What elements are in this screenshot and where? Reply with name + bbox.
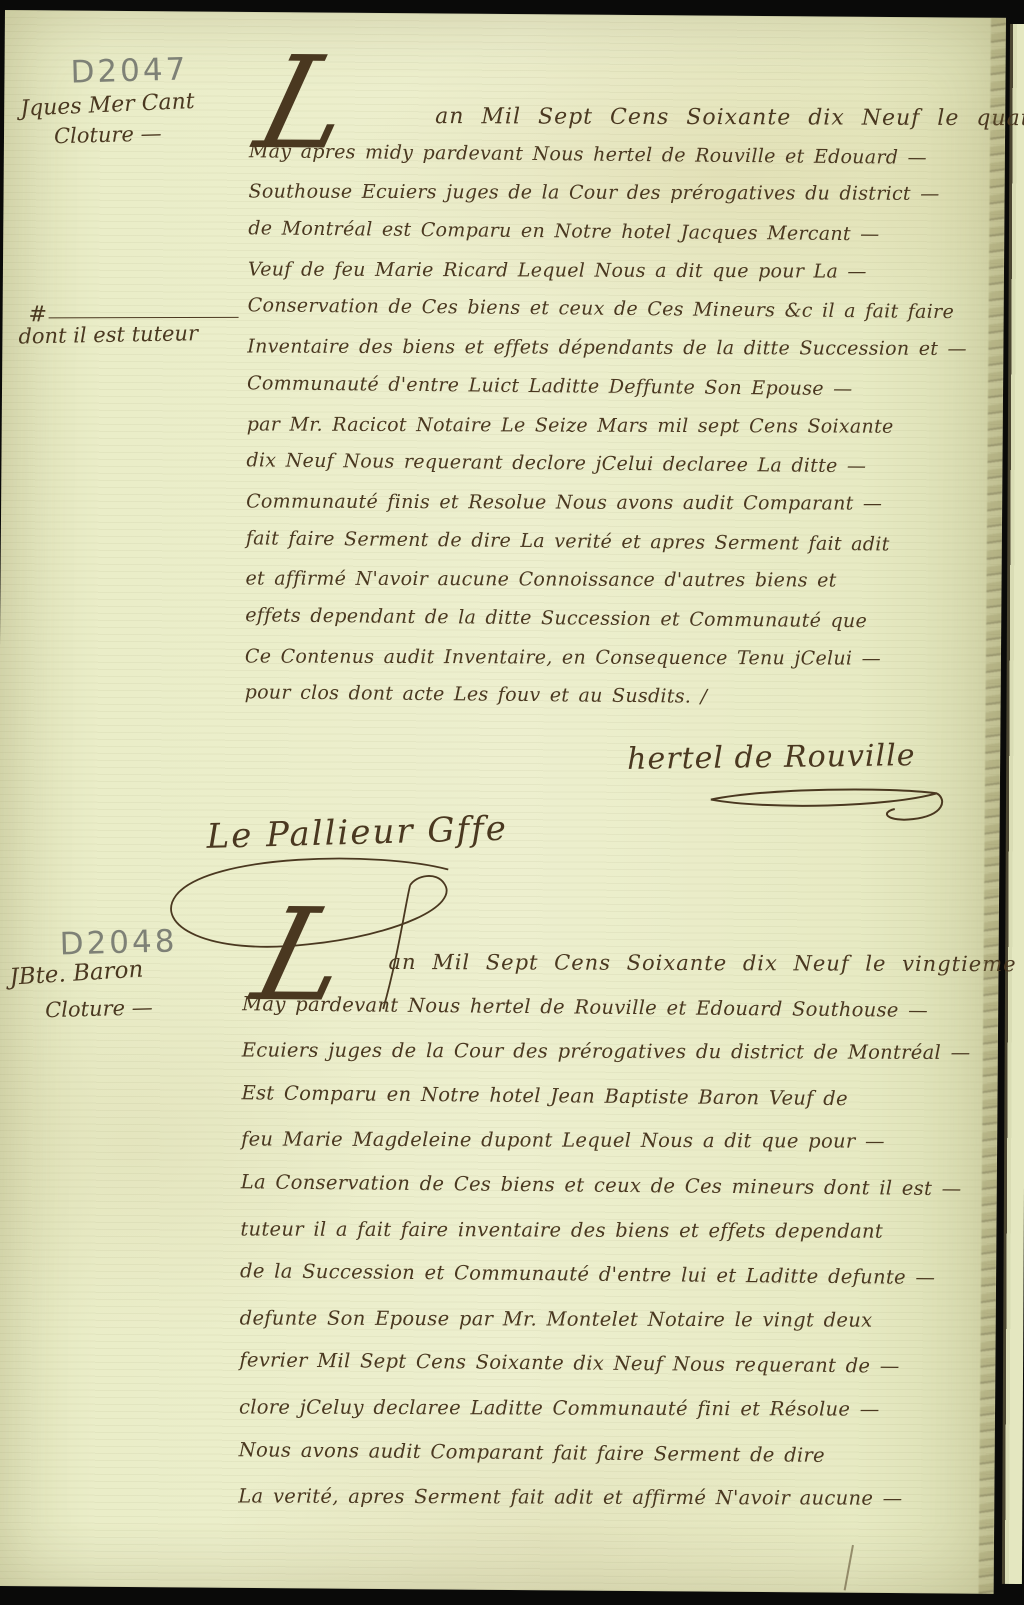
manuscript-line: par Mr. Racicot Notaire Le Seize Mars mi… xyxy=(247,413,962,454)
margin-cloture-label: Cloture — xyxy=(45,995,153,1022)
manuscript-line: La verité, apres Serment fait adit et af… xyxy=(238,1485,958,1532)
manuscript-line: an Mil Sept Cens Soixante dix Neuf le vi… xyxy=(242,949,962,996)
manuscript-line: Ecuiers juges de la Cour des prérogative… xyxy=(242,1039,962,1086)
manuscript-line: et affirmé N'avoir aucune Connoissance d… xyxy=(245,568,960,609)
signature-hertel-de-rouville: hertel de Rouville xyxy=(627,738,916,777)
next-page-edge xyxy=(1002,24,1024,1584)
manuscript-line: Southouse Ecuiers juges de la Cour des p… xyxy=(248,181,963,222)
manuscript-line: effets dependant de la ditte Succession … xyxy=(245,604,960,650)
margin-party-name: JBte. Baron xyxy=(9,956,144,990)
manuscript-line: La Conservation de Ces biens et ceux de … xyxy=(241,1170,961,1222)
manuscript-line: dix Neuf Nous requerant declore jCelui d… xyxy=(246,449,961,495)
manuscript-line: defunte Son Epouse par Mr. Montelet Nota… xyxy=(240,1306,960,1353)
manuscript-page: D2047 Jques Mer Cant Cloture — # dont il… xyxy=(0,10,1006,1594)
manuscript-line: Veuf de feu Marie Ricard Lequel Nous a d… xyxy=(248,258,963,299)
scanned-manuscript-photo: { "document": { "kind": "handwritten not… xyxy=(0,0,1024,1605)
manuscript-line: de la Succession et Communauté d'entre l… xyxy=(240,1259,960,1311)
manuscript-line: fevrier Mil Sept Cens Soixante dix Neuf … xyxy=(239,1349,959,1401)
entry2-text-block: an Mil Sept Cens Soixante dix Neuf le vi… xyxy=(238,948,963,1533)
manuscript-line: May pardevant Nous hertel de Rouville et… xyxy=(242,992,962,1044)
page-deckle-edge xyxy=(979,18,1006,1594)
manuscript-line: clore jCeluy declaree Laditte Communauté… xyxy=(239,1395,959,1442)
manuscript-line: Est Comparu en Notre hotel Jean Baptiste… xyxy=(241,1081,961,1133)
manuscript-line: Conservation de Ces biens et ceux de Ces… xyxy=(247,295,962,341)
manuscript-line: May apres midy pardevant Nous hertel de … xyxy=(249,140,964,186)
margin-cloture-label: Cloture — xyxy=(54,121,162,148)
insertion-rule-line xyxy=(49,317,239,318)
margin-party-name: Jques Mer Cant xyxy=(20,89,195,122)
manuscript-line: Inventaire des biens et effets dépendant… xyxy=(247,336,962,377)
manuscript-line: feu Marie Magdeleine dupont Lequel Nous … xyxy=(241,1128,961,1175)
manuscript-line: Communauté finis et Resolue Nous avons a… xyxy=(246,490,961,531)
paper-tear xyxy=(844,1545,854,1591)
manuscript-line: Communauté d'entre Luict Laditte Deffunt… xyxy=(247,372,962,418)
entry1-text-block: an Mil Sept Cens Soixante dix Neuf le qu… xyxy=(244,102,964,727)
signature-clerk-greffier: Le Pallieur Gffe xyxy=(206,809,508,857)
signature-underline-flourish xyxy=(699,777,949,827)
archival-number-pencil: D2047 xyxy=(70,51,189,90)
manuscript-line: pour clos dont acte Les fouv et au Susdi… xyxy=(244,682,959,728)
manuscript-line: Nous avons audit Comparant fait faire Se… xyxy=(238,1438,958,1490)
margin-insert-note: dont il est tuteur xyxy=(18,321,198,348)
manuscript-line: de Montréal est Comparu en Notre hotel J… xyxy=(248,217,963,263)
archival-number-pencil: D2048 xyxy=(59,923,178,962)
manuscript-line: an Mil Sept Cens Soixante dix Neuf le qu… xyxy=(249,103,964,144)
manuscript-line: Ce Contenus audit Inventaire, en Consequ… xyxy=(245,645,960,686)
manuscript-line: tuteur il a fait faire inventaire des bi… xyxy=(240,1217,960,1264)
manuscript-line: fait faire Serment de dire La verité et … xyxy=(246,527,961,573)
